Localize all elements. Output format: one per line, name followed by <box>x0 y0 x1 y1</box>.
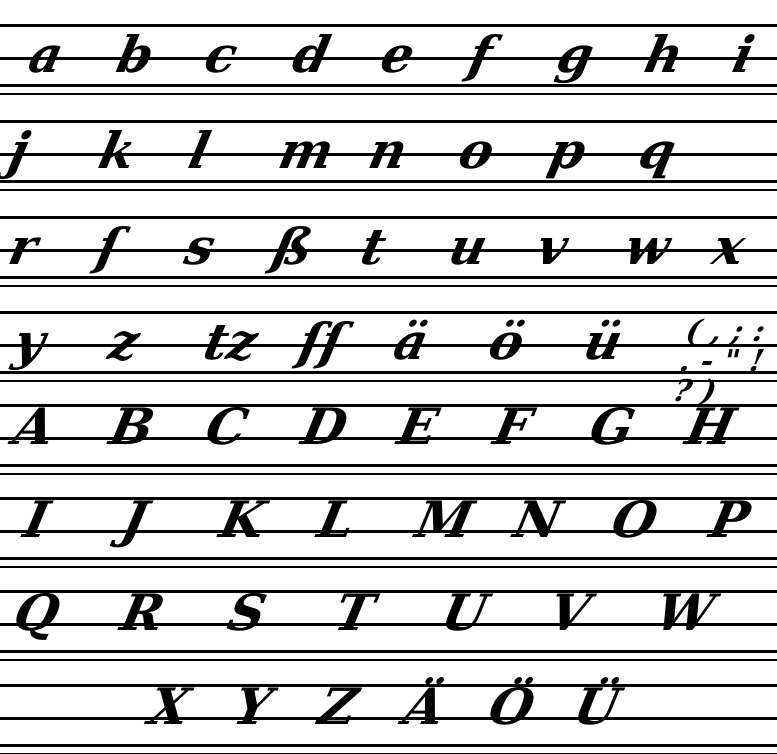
glyph: r <box>5 222 42 272</box>
glyph: m <box>275 126 339 176</box>
glyph: c <box>201 30 242 80</box>
ruling-line <box>0 380 777 382</box>
glyph: ö <box>485 317 529 367</box>
glyph: A <box>10 402 59 452</box>
glyph: v <box>533 222 573 272</box>
glyph: T <box>331 588 379 638</box>
ruling-line <box>0 650 777 653</box>
glyph: J <box>118 495 152 545</box>
glyph: Ö <box>485 682 539 732</box>
ruling-line <box>0 557 777 560</box>
ruling-line <box>0 684 777 687</box>
glyph: V <box>545 588 594 638</box>
glyph: C <box>202 402 252 452</box>
glyph: ( , ; : . - " ! ? ) <box>670 317 777 407</box>
glyph: N <box>510 495 566 545</box>
ruling-line <box>0 285 777 287</box>
glyph: i <box>729 30 759 80</box>
glyph: u <box>445 222 492 272</box>
glyph: e <box>377 30 419 80</box>
glyph: ü <box>580 317 627 367</box>
ruling-line <box>0 717 777 720</box>
glyph: Z <box>315 682 362 732</box>
glyph: n <box>365 126 412 176</box>
glyph: w <box>621 222 675 272</box>
glyph: d <box>289 30 335 80</box>
glyph: F <box>490 402 536 452</box>
glyph: I <box>20 495 54 545</box>
glyph: f <box>465 30 497 80</box>
glyph: t <box>357 222 391 272</box>
glyph: ä <box>390 317 433 367</box>
glyph: o <box>455 126 499 176</box>
glyph: k <box>95 126 140 176</box>
ruling-line <box>0 566 777 568</box>
handwriting-chart: abcdefghijklmnopqrſsßtuvwxyztzſſäöü( , ;… <box>0 0 777 754</box>
glyph: l <box>185 126 215 176</box>
glyph: b <box>113 30 159 80</box>
glyph: R <box>117 588 169 638</box>
glyph: ſſ <box>295 317 349 367</box>
ruling-line <box>0 530 777 533</box>
glyph: j <box>5 126 34 176</box>
glyph: h <box>641 30 688 80</box>
ruling-line <box>0 276 777 279</box>
glyph: X <box>145 682 194 732</box>
glyph: Ä <box>400 682 449 732</box>
glyph: ſ <box>93 222 125 272</box>
glyph: M <box>412 495 478 545</box>
ruling-line <box>0 84 777 87</box>
glyph: Ü <box>570 682 624 732</box>
ruling-line <box>0 180 777 183</box>
glyph: W <box>652 588 719 638</box>
glyph: s <box>181 222 220 272</box>
glyph: tz <box>200 317 262 367</box>
glyph: H <box>682 402 740 452</box>
glyph: S <box>224 588 271 638</box>
ruling-line <box>0 371 777 374</box>
glyph: p <box>545 126 591 176</box>
glyph: z <box>105 317 144 367</box>
glyph: K <box>216 495 270 545</box>
glyph: Q <box>10 588 64 638</box>
glyph: D <box>298 402 352 452</box>
glyph: E <box>394 402 443 452</box>
glyph: P <box>706 495 754 545</box>
glyph: L <box>314 495 360 545</box>
glyph: q <box>635 126 681 176</box>
ruling-line <box>0 659 777 661</box>
ruling-line <box>0 189 777 191</box>
ruling-line <box>0 473 777 475</box>
ruling-line <box>0 93 777 95</box>
ruling-line <box>0 744 777 747</box>
glyph: y <box>10 317 50 367</box>
glyph: a <box>25 30 68 80</box>
glyph: O <box>608 495 662 545</box>
glyph: g <box>553 30 599 80</box>
glyph: B <box>106 402 159 452</box>
glyph: G <box>586 402 639 452</box>
glyph: x <box>709 222 749 272</box>
glyph: Y <box>230 682 276 732</box>
glyph: ß <box>269 222 318 272</box>
ruling-line <box>0 464 777 467</box>
glyph: U <box>438 588 492 638</box>
